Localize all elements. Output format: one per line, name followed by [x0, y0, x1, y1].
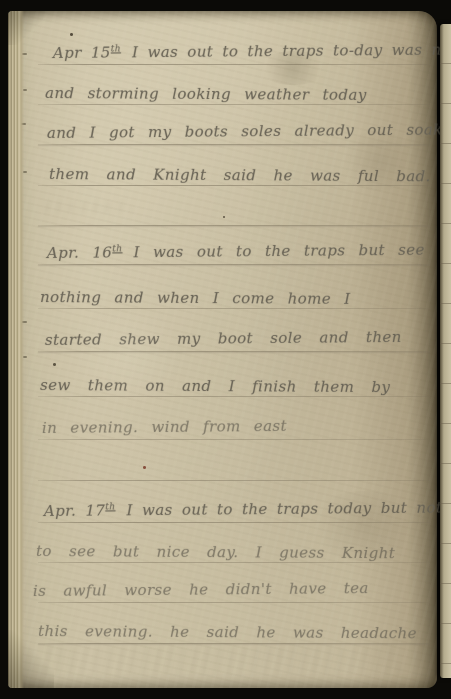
pencil-smudge	[44, 647, 400, 675]
diary-line: to see but nice day. I guess Knight	[36, 530, 395, 564]
ink-speck	[223, 216, 225, 218]
diary-line-text: is awful worse he didn't have tea	[33, 581, 369, 602]
diary-line: them and Knight said he was ful bad.	[49, 153, 431, 187]
diary-line: Apr. 16thI was out to the traps but see	[47, 229, 425, 264]
diary-line: this evening. he said he was headache	[38, 610, 417, 644]
diary-line-text: and I got my boots soles already out soa…	[47, 123, 443, 144]
facing-page-sliver	[440, 24, 451, 678]
diary-line-text: I was out to the traps but see	[133, 241, 424, 262]
diary-line-text: sew them on and I finish them by	[40, 378, 390, 398]
diary-date: Apr. 17th	[44, 501, 116, 520]
ruled-line	[38, 480, 430, 481]
diary-line: and storming looking weather today	[45, 72, 367, 106]
ruled-line	[38, 225, 430, 226]
diary-line-text: and storming looking weather today	[45, 86, 367, 106]
ruled-line	[38, 602, 430, 603]
ruled-line	[38, 522, 430, 523]
red-speck	[143, 466, 146, 469]
ruled-line	[38, 64, 430, 65]
ink-speck	[70, 33, 73, 36]
diary-line: nothing and when I come home I	[40, 276, 351, 310]
diary-line: sew them on and I finish them by	[40, 364, 390, 398]
ruled-line	[38, 264, 430, 265]
diary-date: Apr. 16th	[47, 243, 123, 262]
scan-backdrop: Apr 15thI was out to the traps to-day wa…	[0, 0, 451, 699]
ruled-line	[38, 351, 430, 352]
pencil-smudge	[42, 201, 132, 213]
ruled-line	[38, 439, 430, 440]
diary-line-text: nothing and when I come home I	[40, 290, 351, 310]
diary-line-text: them and Knight said he was ful bad.	[49, 167, 431, 187]
ink-speck	[53, 363, 56, 366]
diary-line: is awful worse he didn't have tea	[33, 567, 369, 602]
notebook-page: Apr 15thI was out to the traps to-day wa…	[8, 11, 437, 688]
diary-line-text: started shew my boot sole and then	[45, 330, 402, 351]
diary-line: and I got my boots soles already out soa…	[47, 109, 443, 144]
diary-line-text: I was out to the traps to-day was nothin…	[132, 40, 451, 61]
diary-line: Apr. 17thI was out to the traps today bu…	[44, 486, 451, 522]
page-edge-stack	[8, 11, 24, 688]
diary-line: started shew my boot sole and then	[45, 316, 402, 351]
diary-line-text: I was out to the traps today but nothing	[126, 498, 451, 519]
diary-date: Apr 15th	[53, 43, 121, 62]
binding-shadow-top	[8, 11, 48, 45]
diary-line: in evening. wind from east	[42, 405, 287, 439]
binding-shadow-bottom	[8, 630, 54, 688]
diary-line-text: this evening. he said he was headache	[38, 624, 417, 644]
diary-line: Apr 15thI was out to the traps to-day wa…	[53, 28, 451, 64]
diary-line-text: to see but nice day. I guess Knight	[36, 544, 395, 564]
ruled-line	[38, 144, 430, 145]
diary-line-text: in evening. wind from east	[42, 419, 287, 439]
